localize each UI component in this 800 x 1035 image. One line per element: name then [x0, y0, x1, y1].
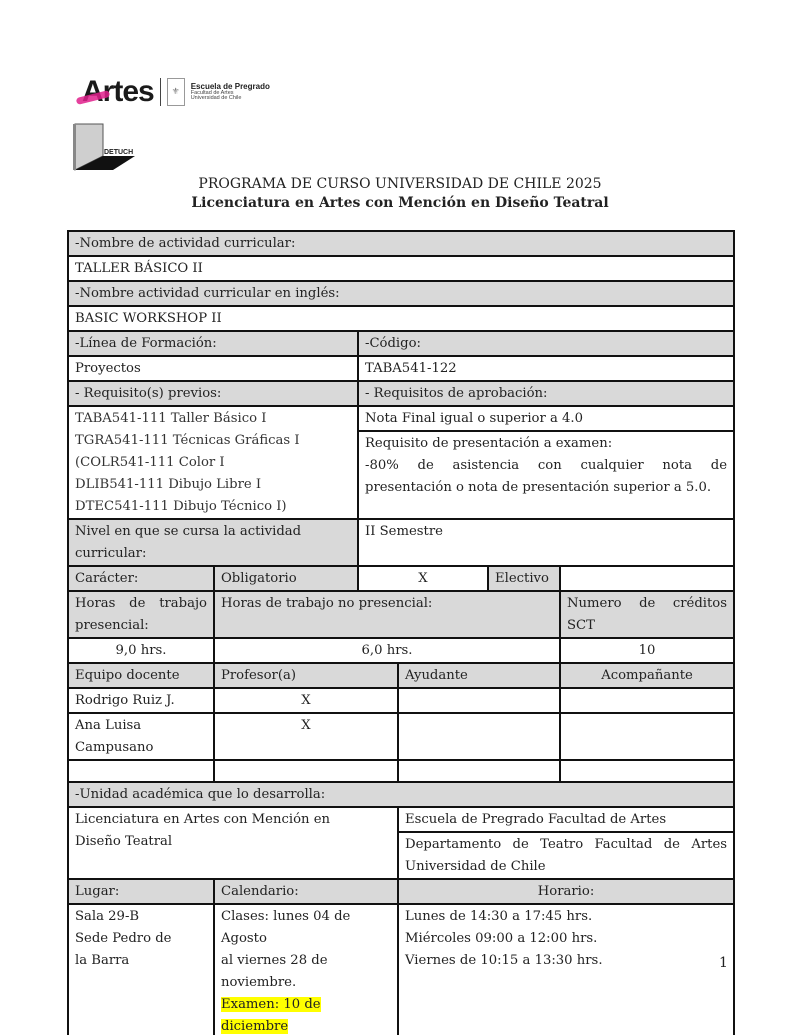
- course-name-en: BASIC WORKSHOP II: [68, 306, 734, 331]
- course-level: II Semestre: [358, 519, 734, 566]
- academic-unit-program: Licenciatura en Artes con Mención en Dis…: [68, 807, 398, 879]
- hours-presential: 9,0 hrs.: [68, 638, 214, 663]
- exam-requirement-title: Requisito de presentación a examen:: [365, 433, 727, 455]
- team-row: Rodrigo Ruiz J. X: [68, 688, 734, 713]
- course-name-en-label: -Nombre actividad curricular en inglés:: [68, 281, 734, 306]
- course-name-label: -Nombre de actividad curricular:: [68, 231, 734, 256]
- logo-divider: [160, 78, 161, 106]
- prerequisites-label: - Requisito(s) previos:: [68, 381, 358, 406]
- calendar-label: Calendario:: [214, 879, 398, 904]
- team-member-profesor: X: [214, 688, 398, 713]
- school-logo-text: Escuela de Pregrado Facultad de Artes Un…: [191, 83, 270, 102]
- credits-label: Numero de créditos SCT: [560, 591, 734, 638]
- exam-requirement-text: -80% de asistencia con cualquier nota de…: [365, 455, 727, 499]
- team-member-name: Rodrigo Ruiz J.: [68, 688, 214, 713]
- academic-unit-entities: Escuela de Pregrado Facultad de Artes De…: [398, 807, 734, 879]
- team-member-ayudante: [398, 713, 560, 760]
- team-header-acompanante: Acompañante: [560, 663, 734, 688]
- course-program-table: -Nombre de actividad curricular: TALLER …: [67, 230, 735, 1035]
- artes-wordmark: Artes: [82, 75, 154, 109]
- exam-requirement: Requisito de presentación a examen: -80%…: [359, 431, 733, 517]
- team-header-equipo: Equipo docente: [68, 663, 214, 688]
- prerequisite-item: (COLR541-111 Color I: [75, 452, 351, 474]
- course-name: TALLER BÁSICO II: [68, 256, 734, 281]
- page-number: 1: [719, 955, 728, 971]
- mandatory-label: Obligatorio: [214, 566, 358, 591]
- team-member-ayudante: [398, 688, 560, 713]
- elective-mark: [560, 566, 734, 591]
- prerequisite-item: TGRA541-111 Técnicas Gráficas I: [75, 430, 351, 452]
- team-member-name: [68, 760, 214, 782]
- course-code: TABA541-122: [358, 356, 734, 381]
- artes-text: Artes: [82, 75, 154, 108]
- place-label: Lugar:: [68, 879, 214, 904]
- team-row: Ana Luisa Campusano X: [68, 713, 734, 760]
- svg-text:DETUCH: DETUCH: [104, 149, 133, 156]
- hours-line: Miércoles 09:00 a 12:00 hrs.: [405, 928, 727, 950]
- hours-line: Lunes de 14:30 a 17:45 hrs.: [405, 906, 727, 928]
- academic-unit-label: -Unidad académica que lo desarrolla:: [68, 782, 734, 807]
- level-label: Nivel en que se cursa la actividad curri…: [68, 519, 358, 566]
- artes-logo: Artes ⚜ Escuela de Pregrado Facultad de …: [82, 74, 270, 110]
- calendar: Clases: lunes 04 de Agosto al viernes 28…: [214, 904, 398, 1035]
- hours-line: Viernes de 10:15 a 13:30 hrs.: [405, 950, 727, 972]
- formation-line: Proyectos: [68, 356, 358, 381]
- team-member-ayudante: [398, 760, 560, 782]
- hours-nonpresential: 6,0 hrs.: [214, 638, 560, 663]
- place-line: Sala 29-B: [75, 906, 207, 928]
- prerequisite-item: DTEC541-111 Dibujo Técnico I): [75, 496, 351, 518]
- approval-requirements: Nota Final igual o superior a 4.0 Requis…: [358, 406, 734, 519]
- logo-university: Universidad de Chile: [191, 96, 270, 102]
- elective-label: Electivo: [488, 566, 560, 591]
- weekly-hours: Lunes de 14:30 a 17:45 hrs. Miércoles 09…: [398, 904, 734, 1035]
- place: Sala 29-B Sede Pedro de la Barra: [68, 904, 214, 1035]
- credits: 10: [560, 638, 734, 663]
- hours-label: Horario:: [398, 879, 734, 904]
- academic-unit-department: Departamento de Teatro Facultad de Artes…: [399, 832, 733, 878]
- team-member-profesor: X: [214, 713, 398, 760]
- team-row: [68, 760, 734, 782]
- place-line: la Barra: [75, 950, 207, 972]
- place-line: Sede Pedro de: [75, 928, 207, 950]
- document-title: PROGRAMA DE CURSO UNIVERSIDAD DE CHILE 2…: [0, 176, 800, 192]
- team-member-name: Ana Luisa Campusano: [68, 713, 214, 760]
- hours-nonpresential-label: Horas de trabajo no presencial:: [214, 591, 560, 638]
- team-member-acompanante: [560, 688, 734, 713]
- exam-date-highlight: Examen: 10 de diciembre: [221, 997, 321, 1034]
- prerequisites-list: TABA541-111 Taller Básico I TGRA541-111 …: [68, 406, 358, 519]
- academic-unit-school: Escuela de Pregrado Facultad de Artes: [399, 808, 733, 832]
- university-crest-icon: ⚜: [167, 78, 185, 106]
- approval-requirements-label: - Requisitos de aprobación:: [358, 381, 734, 406]
- code-label: -Código:: [358, 331, 734, 356]
- prerequisite-item: TABA541-111 Taller Básico I: [75, 408, 351, 430]
- team-member-profesor: [214, 760, 398, 782]
- prerequisite-item: DLIB541-111 Dibujo Libre I: [75, 474, 351, 496]
- calendar-line: Clases: lunes 04 de Agosto: [221, 906, 391, 950]
- hours-presential-label: Horas de trabajo presencial:: [68, 591, 214, 638]
- team-header-profesor: Profesor(a): [214, 663, 398, 688]
- team-member-acompanante: [560, 713, 734, 760]
- formation-line-label: -Línea de Formación:: [68, 331, 358, 356]
- calendar-line: al viernes 28 de noviembre.: [221, 950, 391, 994]
- mandatory-mark: X: [358, 566, 488, 591]
- team-member-acompanante: [560, 760, 734, 782]
- document-subtitle: Licenciatura en Artes con Mención en Dis…: [0, 195, 800, 211]
- team-header-ayudante: Ayudante: [398, 663, 560, 688]
- detuch-logo: DETUCH: [73, 120, 137, 172]
- approval-grade: Nota Final igual o superior a 4.0: [359, 407, 733, 431]
- character-label: Carácter:: [68, 566, 214, 591]
